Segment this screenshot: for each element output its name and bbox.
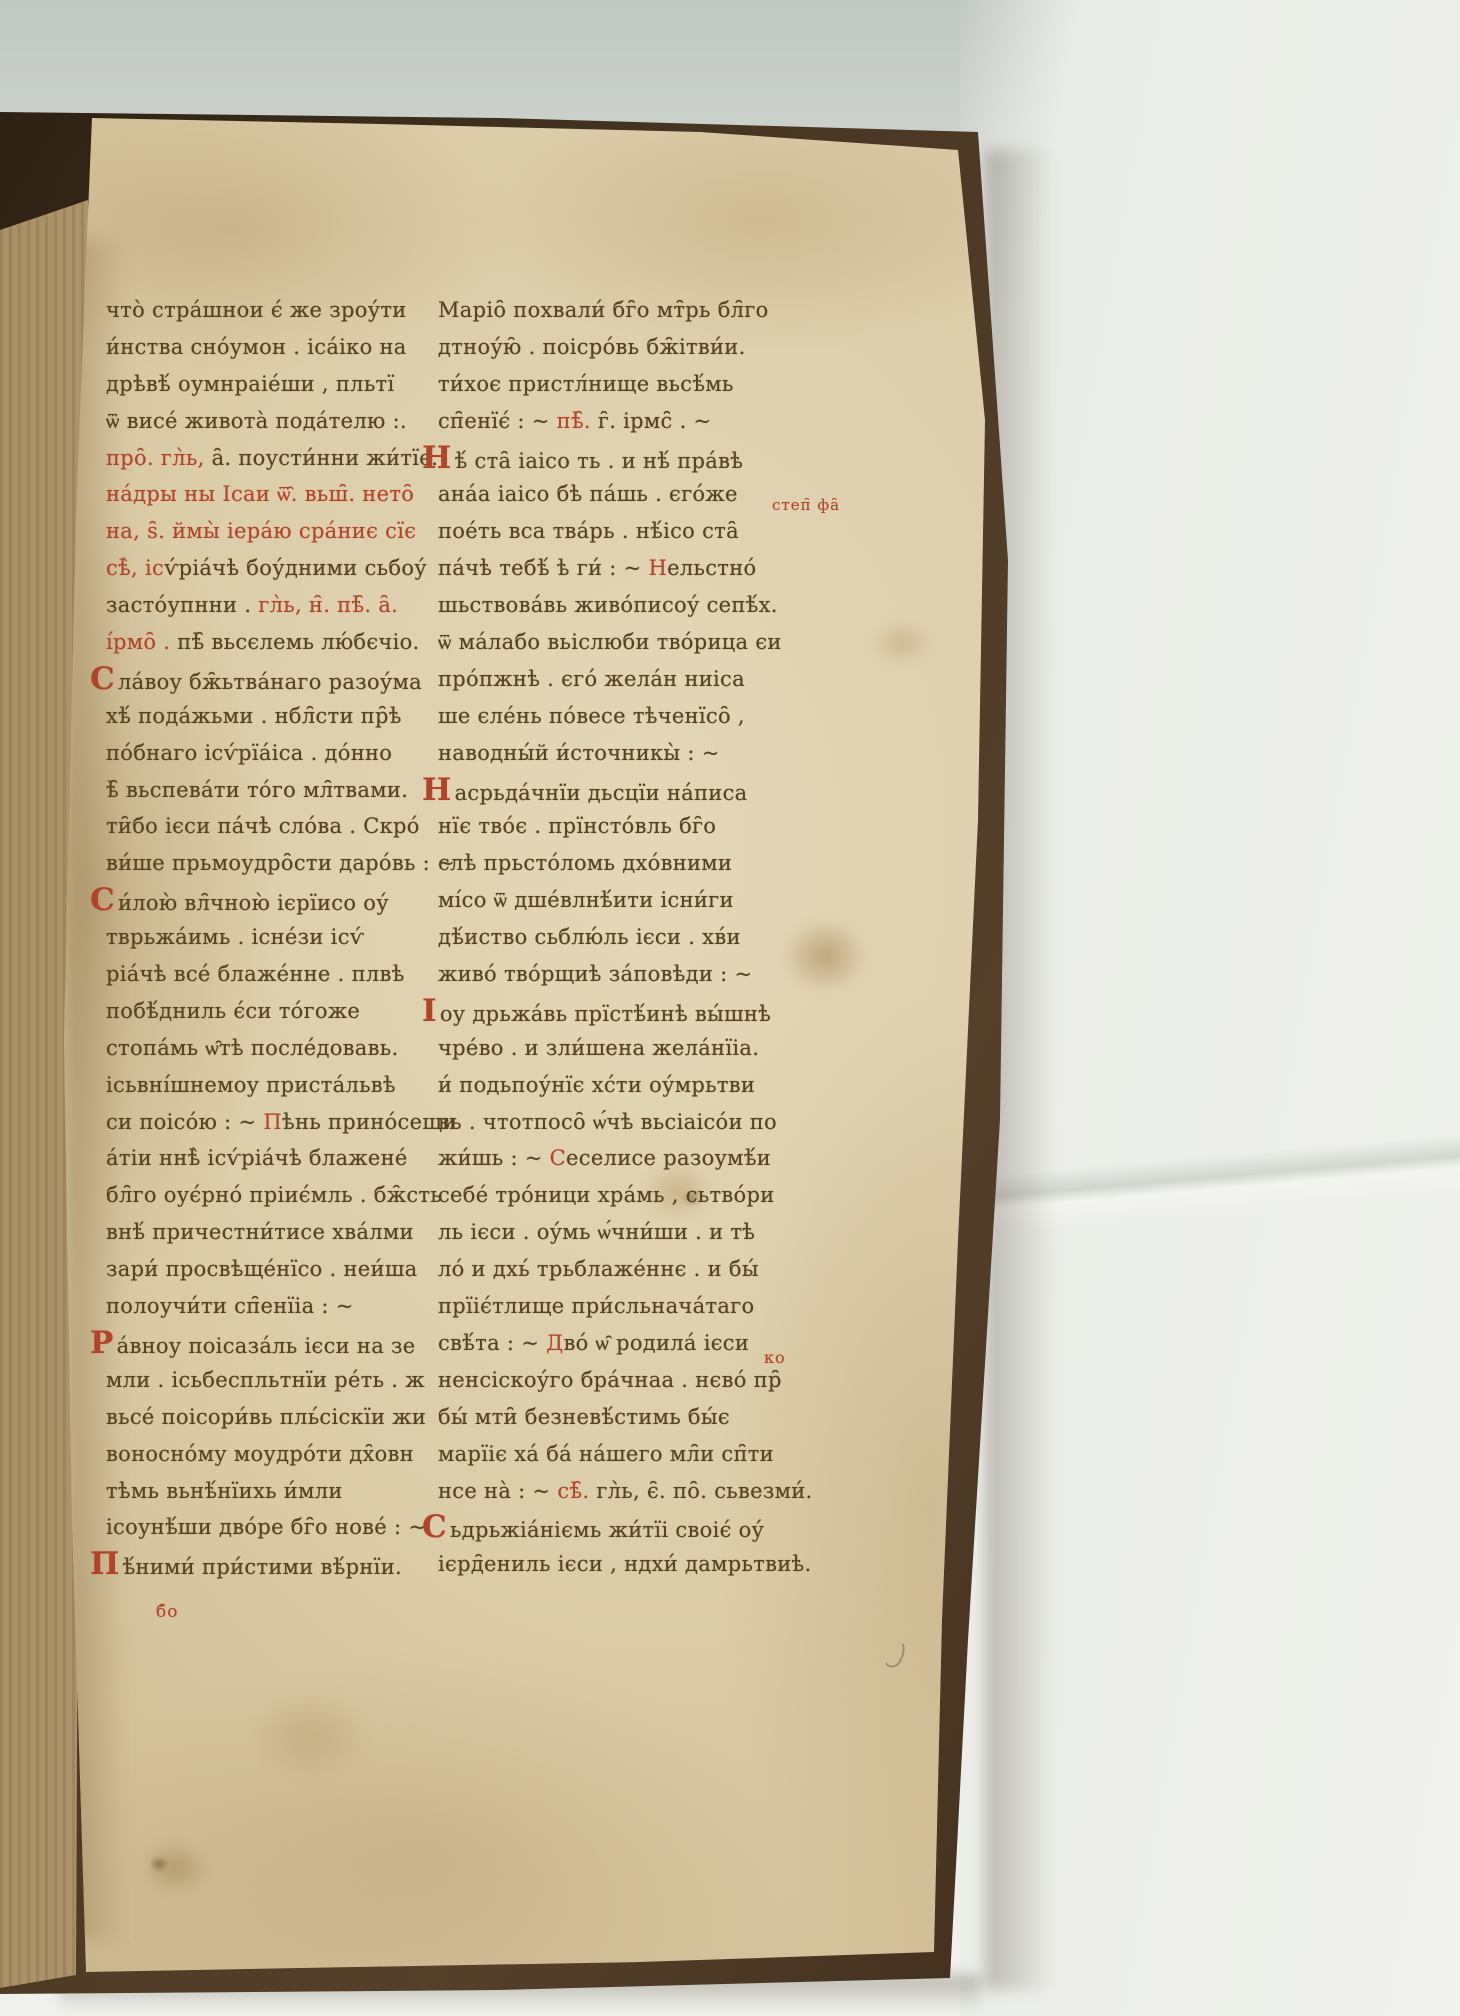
ink-text: про́пжнѣ . єго́ жела́н ниіса [438,667,745,691]
manuscript-line: Маріо̑ похвали́ бг̑о мт̑рь бл̑го [438,292,783,329]
manuscript-line: ненсіскоу́го бра́чнаа . нєво́ пр̑ [438,1362,783,1399]
margin-note-rubric-lower: ко [764,1348,786,1367]
ink-text: си поісо́ю : ~ [106,1110,263,1134]
ink-text: а̑. поусти́нни жи́тїє. [205,446,439,470]
manuscript-line: сп̑енїє́ : ~ пѣ̑. г̑. ірмс̑ . ~ [438,403,783,440]
ink-text: ѣ́ними́ при́стими вѣ́рнїи. [123,1555,402,1579]
manuscript-line: ти́хоє пристл́нище вьсѣ́мь [438,366,783,403]
rubric-initial: Н [422,440,452,477]
ink-text: дрѣвѣ́ оумнраіе́ши , пльтї [106,372,395,396]
manuscript-line: и́ подьпоу́нїє хс́ти оу́мрьтви [438,1067,783,1104]
manuscript-line: ви́ше прьмоудро̑сти даро́вь : ~ [106,845,436,882]
ink-text: г̑. ірмс̑ . ~ [591,409,712,433]
manuscript-photograph: что̀ стра́шнои є́ же зроу́тии́нства сно́… [0,0,1460,2016]
ink-text: полоучи́ти сп̑енїіа : ~ [106,1294,354,1318]
ink-text: ьдрьжіа́ніємь жи́тїі своіє́ оу́ [450,1518,764,1542]
ink-text: тѣмь вьнѣ́нїихь и́мли [106,1479,343,1503]
rubric-initial: Р [90,1325,114,1362]
ink-text: ісьвні́шнемоу приста́львѣ [106,1073,396,1097]
manuscript-line: Сла́воу бж̑ьтва́наго разоу́ма [106,661,436,698]
text-column-right: Маріо̑ похвали́ бг̑о мт̑рь бл̑годтноу́ю̑… [438,292,783,1583]
manuscript-line: ло́ и дхь́ трьблаже́ннє . и бы́ [438,1251,783,1288]
rubric-text: на́дры ны Ісаи ѿ̑. вьш̑. нето̑ [106,482,414,506]
ink-text: шьствова́вь живо́писоу́ сепѣ́х. [438,593,778,617]
manuscript-line: ти̑бо ієси па́чѣ сло́ва . Скро́ [106,808,436,845]
ink-text: оу дрьжа́вь прїстѣ́инѣ вы́шнѣ [440,1002,771,1026]
ink-text: гл̀ь, є̑. по̑. сьвезми́. [589,1479,812,1503]
ink-text: хѣ́ пода́жьми . нбл̑сти пр̑ѣ [106,704,402,728]
manuscript-line: Насрьда́чнїи дьсцїи на́писа [438,772,783,809]
margin-note-rubric-upper: степ̑ фа̑ [772,496,840,514]
pencil-mark [883,1636,908,1669]
rubric-text: сѣ̑. [557,1479,589,1503]
manuscript-line: по́бнаго ісѵ́рїа́іса . до́нно [106,735,436,772]
manuscript-line: побѣ́дниль є́си то́гоже [106,993,436,1030]
manuscript-line: ісьвні́шнемоу приста́львѣ [106,1067,436,1104]
manuscript-line: ше єле́нь по́весе тѣченїсо̑ , [438,698,783,735]
manuscript-line: наводны́й и́сточникы̀ : ~ [438,735,783,772]
manuscript-line: сѣ̀, ісѵ́ріа́чѣ боу́дними сьбоу́ [106,550,436,587]
manuscript-line: внѣ́ причестни́тисе хва́лми [106,1214,436,1251]
rubric-text: на, ѕ̑. ймы̀ іера́ю сра́ниє сїє [106,519,416,543]
manuscript-line: тѣмь вьнѣ́нїихь и́мли [106,1473,436,1510]
manuscript-line: на́дры ны Ісаи ѿ̑. вьш̑. нето̑ [106,476,436,513]
ink-text: асрьда́чнїи дьсцїи на́писа [455,781,748,805]
manuscript-line: Пѣ́ними́ при́стими вѣ́рнїи. [106,1546,436,1583]
manuscript-line: тврьжа́имь . існе́зи ісѵ́ [106,919,436,956]
rubric-text: про̑. гл̀ь, [106,446,205,470]
ink-text: ти̑бо ієси па́чѣ сло́ва . Скро́ [106,814,420,838]
ink-text: ана́а іаісо бѣ па́шь . єго́же [438,482,738,506]
ink-text: мі́со ѿ дше́влнѣ́ити існи́ги [438,888,734,912]
ink-text: и́лою̀ вл̑чною̀ ієрїисо оу́ [118,891,389,915]
manuscript-line: і́рмо̑ . пѣ̑ вьсєлемь лю́бєчіо. [106,624,436,661]
manuscript-line: чре́во . и зли́шена жела́нїіа. [438,1030,783,1067]
manuscript-line: нїє тво́є . прїнсто́вль бг̑о [438,808,783,845]
ink-text: ісоунѣ́ши дво́ре бг̑о нове́ : ~ [106,1515,426,1539]
ink-text: ѣнь прино́сещи [282,1110,456,1134]
rubric-initial: П [90,1546,120,1583]
manuscript-line: ієрд̑ениль ієси , ндхи́ дамрьтвиѣ. [438,1546,783,1583]
manuscript-line: нсе на̀ : ~ сѣ̑. гл̀ь, є̑. по̑. сьвезми́… [438,1473,783,1510]
ink-text: па́чѣ тебѣ́ ѣ ги́ : ~ [438,556,649,580]
ink-text: зари́ просвѣще́нїсо . неи́ша [106,1257,417,1281]
ink-text: и́ подьпоу́нїє хс́ти оу́мрьтви [438,1073,755,1097]
manuscript-line: Нѣ́ ста̑ іаісо ть . и нѣ́ пра́вѣ [438,440,783,477]
ink-text: по́бнаго ісѵ́рїа́іса . до́нно [106,741,392,765]
manuscript-line: ріа́чѣ все́ блаже́нне . плвѣ [106,956,436,993]
manuscript-line: ѿ ма́лабо вьіслюби тво́рица єи [438,624,783,661]
ink-text: марїіє ха́ ба́ на́шего мл̑и сп̑ти [438,1442,774,1466]
manuscript-line: бл̑го оує́рно́ пріиє́мль . бж̑сть [106,1177,436,1214]
manuscript-line: жи́шь : ~ Сеселисе разоумѣ́и [438,1140,783,1177]
ink-text: слѣ прьсто́ломь дхо́вними [438,851,732,875]
stain-blob [250,1690,370,1780]
manuscript-line: себе́ тро́ници хра́мь , сьтво́ри [438,1177,783,1214]
manuscript-line: а́тіи ннѣ̀ ісѵ́ріа́чѣ блажене́ [106,1140,436,1177]
manuscript-line: марїіє ха́ ба́ на́шего мл̑и сп̑ти [438,1436,783,1473]
rubric-text: гл̀ь, н̑. пѣ̑. а̑. [258,593,398,617]
ink-text: мли . ісьбеспльтнїи ре́ть . ж [106,1368,425,1392]
rubric-initial: І [422,993,437,1030]
ink-text: что̀ стра́шнои є́ же зроу́ти [106,298,407,322]
ink-text: живо́ тво́рщиѣ за́повѣди : ~ [438,962,752,986]
ink-text: чре́во . и зли́шена жела́нїіа. [438,1036,759,1060]
ink-text: нїє тво́є . прїнсто́вль бг̑о [438,814,716,838]
ink-text: во́ ѡ̑ родила́ ієси [563,1331,749,1355]
rubric-initial: С [422,1509,447,1546]
manuscript-line: пое́ть вса тва́рь . нѣ́ісо ста̑ [438,513,783,550]
manuscript-line: что̀ стра́шнои є́ же зроу́ти [106,292,436,329]
manuscript-line: полоучи́ти сп̑енїіа : ~ [106,1288,436,1325]
ink-text: ти́хоє пристл́нище вьсѣ́мь [438,372,734,396]
manuscript-line: стопа́мь ѡ̑тѣ после́довавь. [106,1030,436,1067]
ink-text: а́вноу поісаза́ль ієси на зе [117,1334,416,1358]
ink-text: стопа́мь ѡ̑тѣ после́довавь. [106,1036,398,1060]
ink-text: и́нства сно́умон . іса́іко на [106,335,407,359]
ink-text: пѣ̑ вьсєлемь лю́бєчіо. [177,630,419,654]
manuscript-line: на, ѕ̑. ймы̀ іера́ю сра́ниє сїє [106,513,436,550]
ink-text: нсе на̀ : ~ [438,1479,557,1503]
ink-text: тврьжа́имь . існе́зи ісѵ́ [106,925,364,949]
ink-text: прїіє́тлище при́сльнача́таго [438,1294,754,1318]
ink-text: побѣ́дниль є́си то́гоже [106,999,360,1023]
ink-text: себе́ тро́ници хра́мь , сьтво́ри [438,1183,775,1207]
rubric-text: пѣ̑. [557,409,591,433]
manuscript-line: и́нства сно́умон . іса́іко на [106,329,436,366]
manuscript-line: вь . чтотпосо̑ ѡ́чѣ вьсіаісо́и по [438,1104,783,1141]
manuscript-line: мі́со ѿ дше́влнѣ́ити існи́ги [438,882,783,919]
ink-text: внѣ́ причестни́тисе хва́лми [106,1220,414,1244]
ink-text: а́тіи ннѣ̀ ісѵ́ріа́чѣ блажене́ [106,1146,408,1170]
manuscript-line: Си́лою̀ вл̑чною̀ ієрїисо оу́ [106,882,436,919]
rubric-text: С [550,1146,566,1170]
manuscript-line: Іоу дрьжа́вь прїстѣ́инѣ вы́шнѣ [438,993,783,1030]
ink-text: ненсіскоу́го бра́чнаа . нєво́ пр̑ [438,1368,782,1392]
manuscript-line: свѣ́та : ~ Дво́ ѡ̑ родила́ ієси [438,1325,783,1362]
rubric-text: і́рмо̑ . [106,630,177,654]
ink-text: дѣ́иство сьблю́ль ієси . хв́и [438,925,741,949]
stain-blob [150,1856,168,1872]
ink-text: бы́ мти̑ безневѣ́стимь бы́є [438,1405,730,1429]
manuscript-line: бы́ мти̑ безневѣ́стимь бы́є [438,1399,783,1436]
manuscript-line: живо́ тво́рщиѣ за́повѣди : ~ [438,956,783,993]
manuscript-line: засто́упнни . гл̀ь, н̑. пѣ̑. а̑. [106,587,436,624]
rubric-initial: Н [422,772,452,809]
text-column-left: что̀ стра́шнои є́ же зроу́тии́нства сно́… [106,292,436,1583]
ink-text: дтноу́ю̑ . поісро́вь бж̑ітви́и. [438,335,746,359]
ink-text: ѿ висе́ живота̀ пода́телю :. [106,409,407,433]
manuscript-line: про̑. гл̀ь, а̑. поусти́нни жи́тїє. [106,440,436,477]
manuscript-line: прїіє́тлище при́сльнача́таго [438,1288,783,1325]
ink-text: ѣ́ ста̑ іаісо ть . и нѣ́ пра́вѣ [455,449,744,473]
ink-text: ше єле́нь по́весе тѣченїсо̑ , [438,704,745,728]
rubric-text: П [263,1110,282,1134]
manuscript-line: мли . ісьбеспльтнїи ре́ть . ж [106,1362,436,1399]
margin-note-rubric-left: б̑о [156,1602,178,1622]
manuscript-line: слѣ прьсто́ломь дхо́вними [438,845,783,882]
ink-text: ви́ше прьмоудро̑сти даро́вь : ~ [106,851,455,875]
ink-text: наводны́й и́сточникы̀ : ~ [438,741,720,765]
ink-text: вь . чтотпосо̑ ѡ́чѣ вьсіаісо́и по [438,1110,777,1134]
rubric-text: Н [649,556,668,580]
manuscript-line: воносно́му моудро́ти дх̑овн [106,1436,436,1473]
ink-text: ло́ и дхь́ трьблаже́ннє . и бы́ [438,1257,759,1281]
ink-text: ельстно́ [667,556,756,580]
ink-text: жи́шь : ~ [438,1146,550,1170]
ink-text: ѿ ма́лабо вьіслюби тво́рица єи [438,630,782,654]
manuscript-line: ісоунѣ́ши дво́ре бг̑о нове́ : ~ [106,1509,436,1546]
manuscript-line: ѿ висе́ живота̀ пода́телю :. [106,403,436,440]
ink-text: пое́ть вса тва́рь . нѣ́ісо ста̑ [438,519,739,543]
manuscript-line: Ра́вноу поісаза́ль ієси на зе [106,1325,436,1362]
manuscript-line: ль ієси . оу́мь ѡ́чни́ши . и тѣ [438,1214,783,1251]
ink-text: ієрд̑ениль ієси , ндхи́ дамрьтвиѣ. [438,1552,811,1576]
manuscript-line: ана́а іаісо бѣ па́шь . єго́же [438,476,783,513]
manuscript-line: дѣ́иство сьблю́ль ієси . хв́и [438,919,783,956]
manuscript-line: шьствова́вь живо́писоу́ сепѣ́х. [438,587,783,624]
manuscript-line: про́пжнѣ . єго́ жела́н ниіса [438,661,783,698]
manuscript-line: ѣ̑ вьспева́ти то́го мл̑твами. [106,772,436,809]
stain-blob [782,918,868,994]
ink-text: еселисе разоумѣ́и [566,1146,771,1170]
manuscript-line: Сьдрьжіа́ніємь жи́тїі своіє́ оу́ [438,1509,783,1546]
ink-text: бл̑го оує́рно́ пріиє́мль . бж̑сть [106,1183,442,1207]
ink-text: Маріо̑ похвали́ бг̑о мт̑рь бл̑го [438,298,769,322]
ink-text: свѣ́та : ~ [438,1331,546,1355]
manuscript-line: вьсе́ поісори́вь пль́сіскїи жи [106,1399,436,1436]
ink-text: засто́упнни . [106,593,258,617]
rubric-text: сѣ̀, іс [106,556,164,580]
manuscript-line: па́чѣ тебѣ́ ѣ ги́ : ~ Нельстно́ [438,550,783,587]
manuscript-line: зари́ просвѣще́нїсо . неи́ша [106,1251,436,1288]
manuscript-line: дрѣвѣ́ оумнраіе́ши , пльтї [106,366,436,403]
ink-text: ѵ́ріа́чѣ боу́дними сьбоу́ [164,556,427,580]
manuscript-line: дтноу́ю̑ . поісро́вь бж̑ітви́и. [438,329,783,366]
ink-text: ѣ̑ вьспева́ти то́го мл̑твами. [106,778,408,802]
ink-text: сп̑енїє́ : ~ [438,409,557,433]
ink-text: воносно́му моудро́ти дх̑овн [106,1442,414,1466]
rubric-initial: С [90,882,115,919]
manuscript-line: си поісо́ю : ~ Пѣнь прино́сещи [106,1104,436,1141]
ink-text: ль ієси . оу́мь ѡ́чни́ши . и тѣ [438,1220,755,1244]
ink-text: вьсе́ поісори́вь пль́сіскїи жи [106,1405,426,1429]
rubric-initial: С [90,661,115,698]
stain-blob [870,620,934,666]
ink-text: ла́воу бж̑ьтва́наго разоу́ма [118,670,422,694]
ink-text: ріа́чѣ все́ блаже́нне . плвѣ [106,962,405,986]
rubric-text: Д [546,1331,563,1355]
manuscript-line: хѣ́ пода́жьми . нбл̑сти пр̑ѣ [106,698,436,735]
